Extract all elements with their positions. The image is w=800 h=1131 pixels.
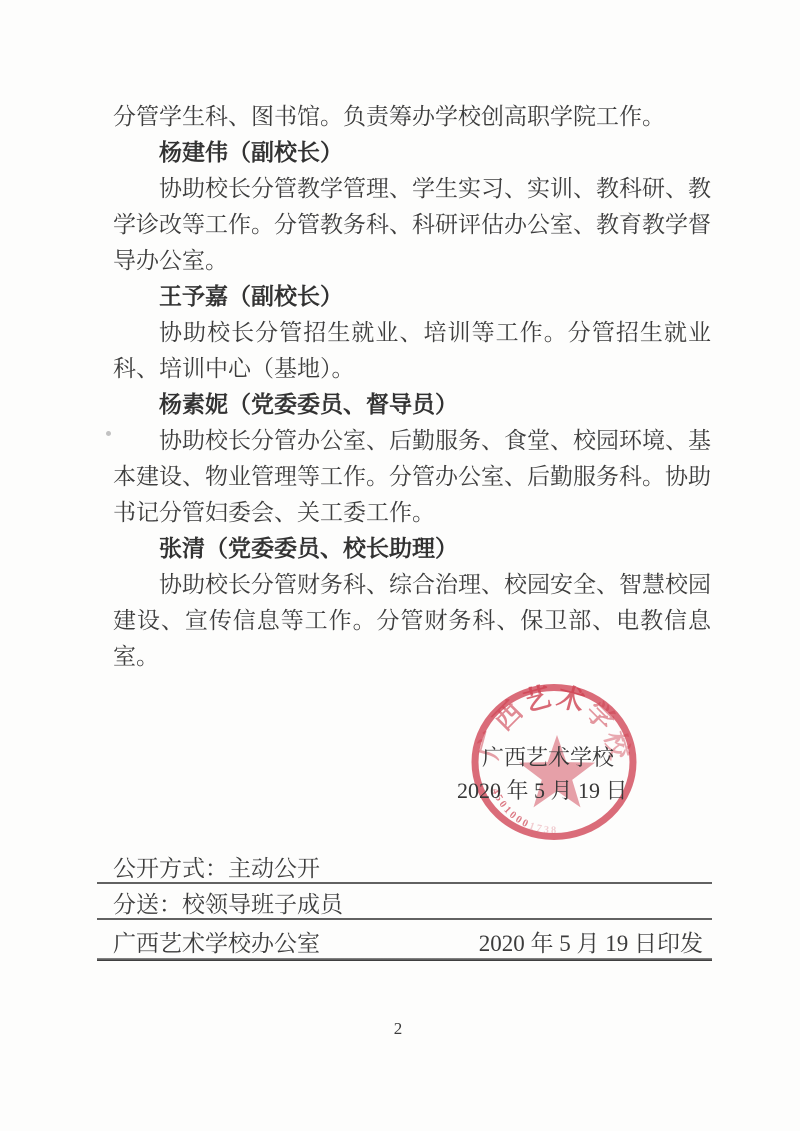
body-paragraph: 协助校长分管教学管理、学生实习、实训、教科研、教学诊改等工作。分管教务科、科研评… <box>113 171 711 279</box>
body-text: 分管学生科、图书馆。负责筹办学校创高职学院工作。杨建伟（副校长）协助校长分管教学… <box>113 99 711 675</box>
body-paragraph: 分管学生科、图书馆。负责筹办学校创高职学院工作。 <box>113 99 711 135</box>
body-paragraph: 协助校长分管招生就业、培训等工作。分管招生就业科、培训中心（基地）。 <box>113 315 711 387</box>
document-page: 分管学生科、图书馆。负责筹办学校创高职学院工作。杨建伟（副校长）协助校长分管教学… <box>0 0 800 1131</box>
scan-artifact-dot <box>106 431 111 436</box>
issuer-row: 广西艺术学校办公室 2020 年 5 月 19 日印发 <box>97 920 712 958</box>
body-paragraph: 协助校长分管办公室、后勤服务、食堂、校园环境、基本建设、物业管理等工作。分管办公… <box>113 423 711 531</box>
svg-text:学: 学 <box>580 696 620 736</box>
footer-divider-1 <box>97 882 712 884</box>
signature-date: 2020 年 5 月 19 日 <box>457 774 628 805</box>
signature-org: 广西艺术学校 <box>482 741 614 772</box>
publicity-text: 公开方式：主动公开 <box>113 856 320 881</box>
svg-text:西: 西 <box>488 696 528 736</box>
leader-heading: 杨建伟（副校长） <box>113 135 711 171</box>
issuer-text: 广西艺术学校办公室 <box>113 930 320 958</box>
distribution-text: 分送：校领导班子成员 <box>113 892 343 917</box>
document-footer: 公开方式：主动公开 分送：校领导班子成员 广西艺术学校办公室 2020 年 5 … <box>97 853 712 961</box>
footer-divider-3 <box>97 958 712 961</box>
leader-heading: 王予嘉（副校长） <box>113 279 711 315</box>
leader-heading: 杨素妮（党委委员、督导员） <box>113 387 711 423</box>
leader-heading: 张清（党委委员、校长助理） <box>113 531 711 567</box>
page-number: 2 <box>388 1019 408 1039</box>
footer-divider-2 <box>97 918 712 920</box>
print-date-text: 2020 年 5 月 19 日印发 <box>479 930 703 958</box>
body-paragraph: 协助校长分管财务科、综合治理、校园安全、智慧校园建设、宣传信息等工作。分管财务科… <box>113 567 711 675</box>
distribution-row: 分送：校领导班子成员 <box>97 884 712 918</box>
